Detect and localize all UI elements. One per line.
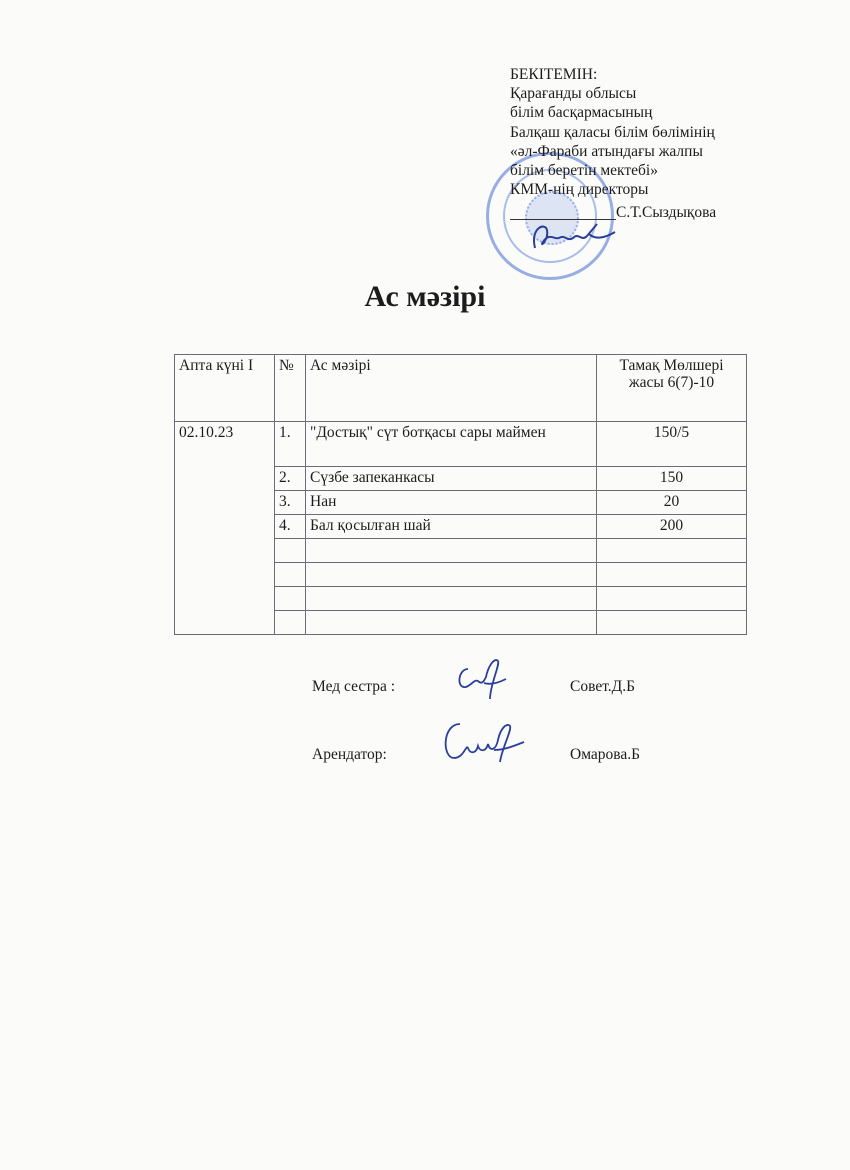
row-num: 3.: [275, 491, 306, 515]
row-amount: [597, 563, 747, 587]
row-num: [275, 563, 306, 587]
approval-block: БЕКІТЕМІН: Қарағанды облысы білім басқар…: [510, 65, 780, 221]
signature-name: Омарова.Б: [570, 746, 640, 764]
signature-role: Арендатор:: [312, 746, 387, 764]
nurse-signature-icon: [450, 655, 510, 700]
approval-line: Қарағанды облысы: [510, 84, 780, 103]
approval-line: КММ-нің директоры: [510, 180, 780, 199]
header-num: №: [275, 355, 306, 422]
header-day: Апта күні І: [175, 355, 275, 422]
director-signature-icon: [525, 218, 620, 258]
row-dish: [306, 587, 597, 611]
director-name: С.Т.Сыздықова: [616, 203, 716, 222]
header-dish: Ас мәзірі: [306, 355, 597, 422]
signature-role: Мед сестра :: [312, 678, 395, 696]
row-amount: [597, 539, 747, 563]
row-amount: 150/5: [597, 422, 747, 467]
row-num: 2.: [275, 467, 306, 491]
row-num: [275, 539, 306, 563]
row-num: 4.: [275, 515, 306, 539]
row-dish: [306, 563, 597, 587]
approval-line: БЕКІТЕМІН:: [510, 65, 780, 84]
row-dish: Бал қосылған шай: [306, 515, 597, 539]
row-amount: 20: [597, 491, 747, 515]
row-dish: [306, 611, 597, 635]
row-num: [275, 587, 306, 611]
signature-name: Совет.Д.Б: [570, 678, 635, 696]
approval-line: «әл-Фараби атындағы жалпы: [510, 142, 780, 161]
table-header-row: Апта күні І № Ас мәзірі Тамақ Мөлшері жа…: [175, 355, 747, 422]
approval-line: Балқаш қаласы білім бөлімінің: [510, 123, 780, 142]
row-dish: [306, 539, 597, 563]
row-amount: [597, 587, 747, 611]
approval-line: білім беретін мектебі»: [510, 161, 780, 180]
date-cell: 02.10.23: [175, 422, 275, 635]
row-num: [275, 611, 306, 635]
row-dish: Сүзбе запеканкасы: [306, 467, 597, 491]
row-amount: 200: [597, 515, 747, 539]
tenant-signature-icon: [438, 718, 528, 768]
row-amount: [597, 611, 747, 635]
header-amount: Тамақ Мөлшері жасы 6(7)-10: [597, 355, 747, 422]
row-dish: "Достық" сүт ботқасы сары маймен: [306, 422, 597, 467]
row-dish: Нан: [306, 491, 597, 515]
row-amount: 150: [597, 467, 747, 491]
page-title: Ас мәзірі: [0, 280, 850, 314]
row-num: 1.: [275, 422, 306, 467]
table-row: 02.10.23 1. "Достық" сүт ботқасы сары ма…: [175, 422, 747, 467]
menu-table: Апта күні І № Ас мәзірі Тамақ Мөлшері жа…: [174, 354, 747, 635]
approval-line: білім басқармасының: [510, 103, 780, 122]
